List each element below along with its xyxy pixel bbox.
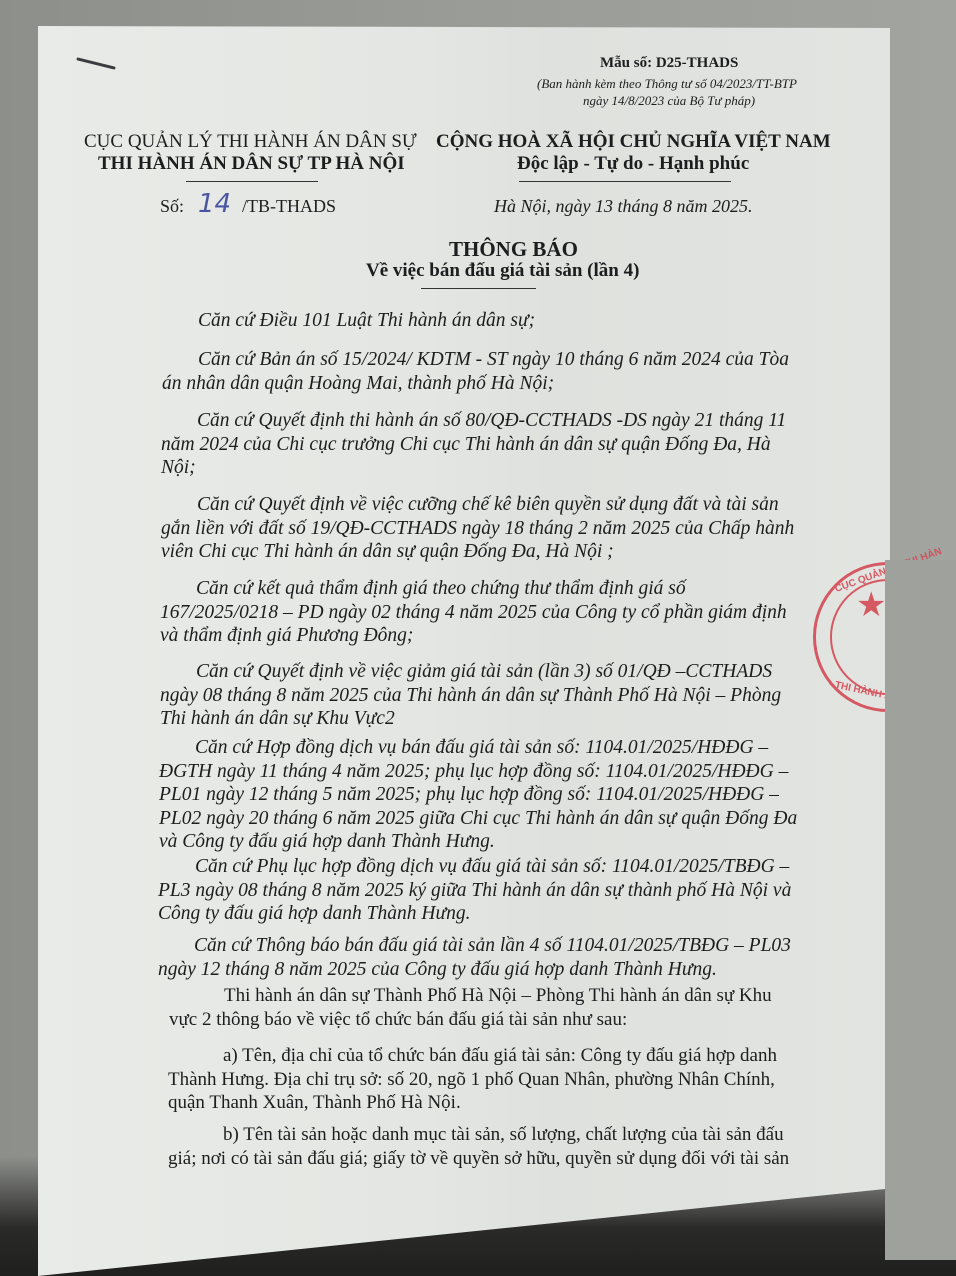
legal-basis-line: án nhân dân quận Hoàng Mai, thành phố Hà… xyxy=(162,373,554,395)
place-date: Hà Nội, ngày 13 tháng 8 năm 2025. xyxy=(494,196,753,217)
legal-basis-line: ngày 12 tháng 8 năm 2025 của Công ty đấu… xyxy=(158,959,717,981)
doc-subtitle: Về việc bán đấu giá tài sản (lần 4) xyxy=(366,260,639,282)
national-title: CỘNG HOÀ XÃ HỘI CHỦ NGHĨA VIỆT NAM xyxy=(436,131,831,153)
legal-basis-line: ngày 08 tháng 8 năm 2025 của Thi hành án… xyxy=(160,685,781,707)
issuing-agency: THI HÀNH ÁN DÂN SỰ TP HÀ NỘI xyxy=(98,153,405,175)
notice-paragraph-line: b) Tên tài sản hoặc danh mục tài sản, số… xyxy=(223,1124,784,1146)
legal-basis-line: Nội; xyxy=(161,457,196,479)
legal-basis-line: và thẩm định giá Phương Đông; xyxy=(160,625,413,647)
notice-paragraph-line: Thành Hưng. Địa chỉ trụ sở: số 20, ngõ 1… xyxy=(168,1069,775,1091)
form-note-line1: (Ban hành kèm theo Thông tư số 04/2023/T… xyxy=(537,76,797,92)
doc-number-suffix: /TB-THADS xyxy=(242,196,336,217)
legal-basis-line: Căn cứ Bản án số 15/2024/ KDTM - ST ngày… xyxy=(198,349,789,371)
form-note-line2: ngày 14/8/2023 của Bộ Tư pháp) xyxy=(583,93,755,109)
subtitle-underline xyxy=(421,288,536,289)
legal-basis-line: PL3 ngày 08 tháng 8 năm 2025 ký giữa Thi… xyxy=(158,880,791,902)
national-motto: Độc lập - Tự do - Hạnh phúc xyxy=(517,153,749,175)
legal-basis-line: Thi hành án dân sự Khu Vực2 xyxy=(160,708,395,730)
legal-basis-line: Căn cứ Phụ lục hợp đồng dịch vụ đấu giá … xyxy=(195,856,789,878)
notice-paragraph-line: a) Tên, địa chỉ của tổ chức bán đấu giá … xyxy=(223,1045,777,1067)
legal-basis-line: Công ty đấu giá hợp danh Thành Hưng. xyxy=(158,903,470,925)
star-icon: ★ xyxy=(856,589,886,623)
desk-background xyxy=(885,560,956,1260)
notice-paragraph-line: giá; nơi có tài sản đấu giá; giấy tờ về … xyxy=(168,1148,789,1170)
agency-underline xyxy=(186,181,318,182)
legal-basis-line: PL01 ngày 12 tháng 5 năm 2025; phụ lục h… xyxy=(159,784,779,806)
legal-basis-line: Căn cứ Hợp đồng dịch vụ bán đấu giá tài … xyxy=(195,737,768,759)
legal-basis-line: PL02 ngày 20 tháng 6 năm 2025 giữa Chi c… xyxy=(159,808,797,830)
legal-basis-line: và Công ty đấu giá hợp danh Thành Hưng. xyxy=(159,831,495,853)
doc-title: THÔNG BÁO xyxy=(449,237,578,262)
issuing-agency-parent: CỤC QUẢN LÝ THI HÀNH ÁN DÂN SỰ xyxy=(84,131,417,153)
legal-basis-line: Căn cứ Quyết định thi hành án số 80/QĐ-C… xyxy=(197,410,786,432)
legal-basis-line: ĐGTH ngày 11 tháng 4 năm 2025; phụ lục h… xyxy=(159,761,788,783)
legal-basis-line: Căn cứ Quyết định về việc giảm giá tài s… xyxy=(196,661,772,683)
legal-basis-line: năm 2024 của Chi cục trưởng Chi cục Thi … xyxy=(161,434,771,456)
legal-basis-line: Căn cứ kết quả thẩm định giá theo chứng … xyxy=(196,578,686,600)
legal-basis-line: 167/2025/0218 – PD ngày 02 tháng 4 năm 2… xyxy=(160,602,787,624)
notice-paragraph-line: quận Thanh Xuân, Thành Phố Hà Nội. xyxy=(168,1092,461,1114)
doc-number-label: Số: xyxy=(160,196,184,217)
legal-basis-line: viên Chi cục Thi hành án dân sự quận Đốn… xyxy=(161,541,614,563)
legal-basis-line: Căn cứ Quyết định về việc cưỡng chế kê b… xyxy=(197,494,779,516)
legal-basis-line: Căn cứ Điều 101 Luật Thi hành án dân sự; xyxy=(198,310,535,332)
form-number: Mẫu số: D25-THADS xyxy=(600,55,738,72)
notice-paragraph-line: vực 2 thông báo về việc tổ chức bán đấu … xyxy=(169,1009,627,1031)
notice-paragraph-line: Thi hành án dân sự Thành Phố Hà Nội – Ph… xyxy=(224,985,772,1007)
legal-basis-line: gắn liền với đất số 19/QĐ-CCTHADS ngày 1… xyxy=(161,518,794,540)
doc-number-handwritten: 14 xyxy=(198,189,231,219)
motto-underline xyxy=(519,181,731,182)
legal-basis-line: Căn cứ Thông báo bán đấu giá tài sản lần… xyxy=(194,935,791,957)
